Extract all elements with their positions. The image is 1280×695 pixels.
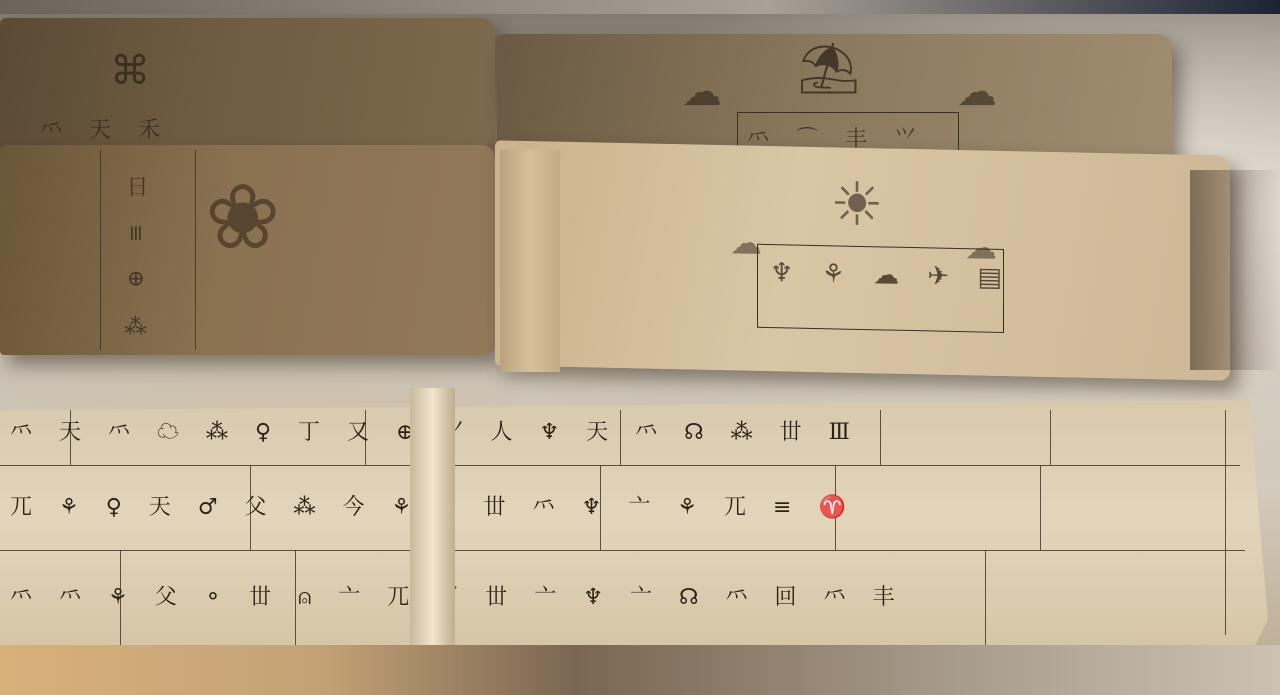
cover-pictographs: ♆ ⚘ ☁ ✈ ▤ bbox=[770, 258, 1012, 293]
book-spine bbox=[500, 150, 560, 372]
display-surface-lower bbox=[0, 645, 1280, 695]
cell-rule bbox=[1050, 410, 1051, 465]
column-rule bbox=[195, 150, 196, 350]
book-fold bbox=[410, 388, 455, 646]
manuscript-photo: ⌘ ⺤ 天 禾 ⛱ ☁ ☁ ⺤ ⌒ 丰 ⺍ ❀ 日 ≡ ⊕ ⁂ ☀ ☁ ☁ ♆ … bbox=[0, 0, 1280, 695]
sun-icon: ☀ bbox=[830, 169, 894, 240]
endless-knot-icon: ⌘ bbox=[110, 48, 160, 94]
row-rule bbox=[0, 465, 1240, 466]
cloud-left-icon: ☁ bbox=[682, 69, 732, 115]
book-middle-right: ☀ ☁ ☁ ♆ ⚘ ☁ ✈ ▤ bbox=[495, 140, 1230, 380]
book-middle-left: ❀ 日 ≡ ⊕ ⁂ bbox=[0, 145, 495, 355]
lotus-icon: ❀ bbox=[205, 165, 290, 270]
column-rule bbox=[100, 150, 101, 350]
display-top-edge bbox=[0, 0, 1280, 14]
book-shadow bbox=[1190, 170, 1280, 370]
cover-script: 日 ≡ ⊕ ⁂ bbox=[120, 175, 151, 350]
cell-rule bbox=[985, 550, 986, 645]
parasol-icon: ⛱ bbox=[797, 39, 870, 98]
cover-script: ⺤ 天 禾 bbox=[40, 113, 170, 144]
script-row-3: ⺤ ⺤ ⚘ 父 ⚬ 丗 ⍝ 亠 兀 ⺍ 丗 亠 ♆ 亠 ☊ ⺤ 回 ⺤ 丰 bbox=[10, 580, 905, 611]
book-open-scroll: ⺤ 天 ⺤ ☁ ⁂ ♀ 丁 又 ⊕ ⺍ 人 ♆ 天 ⺤ ☊ ⁂ 丗 Ⅲ 兀 ⚘ … bbox=[0, 390, 1268, 645]
cell-rule bbox=[1040, 465, 1041, 550]
book-top-left: ⌘ ⺤ 天 禾 bbox=[0, 18, 495, 153]
cloud-right-icon: ☁ bbox=[957, 69, 1007, 115]
margin-rule bbox=[1225, 410, 1226, 635]
cell-rule bbox=[880, 410, 881, 465]
row-rule bbox=[0, 550, 1245, 551]
